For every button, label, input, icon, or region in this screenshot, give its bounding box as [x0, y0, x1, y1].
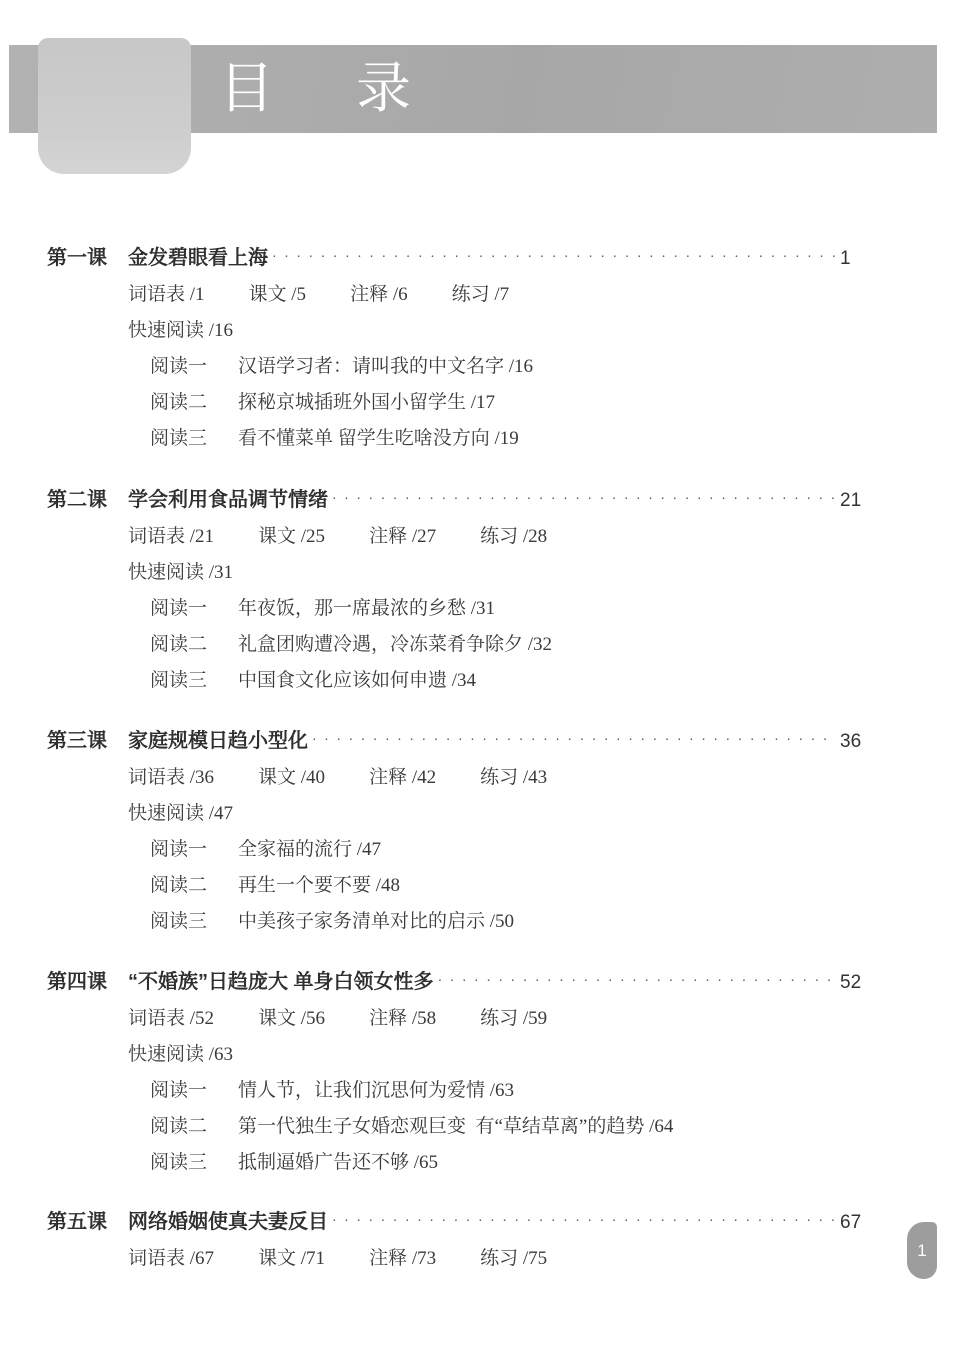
- dot-leader: [332, 1208, 836, 1235]
- lesson-number: 第一课: [47, 245, 128, 272]
- dot-leader: [332, 486, 836, 513]
- subitem-notes: 注释 /58: [369, 1005, 436, 1032]
- reading-title: 探秘京城插班外国小留学生 /17: [238, 389, 495, 416]
- reading-title: 礼盒团购遭冷遇，冷冻菜肴争除夕 /32: [238, 631, 552, 658]
- lesson-page-number: 36: [840, 728, 870, 755]
- lesson-subitems: 词语表 /52 课文 /56 注释 /58 练习 /59: [47, 1005, 870, 1032]
- reading-label: 阅读一: [150, 1077, 238, 1104]
- lesson-heading: 第一课 金发碧眼看上海 1: [47, 245, 870, 272]
- lesson-page-number: 1: [840, 245, 870, 272]
- subitem-exercises: 练习 /7: [452, 281, 510, 308]
- reading-item: 阅读一 年夜饭，那一席最浓的乡愁 /31: [47, 595, 870, 622]
- reading-label: 阅读二: [150, 631, 238, 658]
- lesson-page-number: 21: [840, 487, 870, 514]
- quick-reading: 快速阅读 /16: [47, 317, 870, 344]
- reading-item: 阅读二 再生一个要不要 /48: [47, 872, 870, 899]
- page-number: 1: [917, 1241, 926, 1261]
- reading-title: 情人节，让我们沉思何为爱情 /63: [238, 1077, 514, 1104]
- reading-title: 抵制逼婚广告还不够 /65: [238, 1149, 438, 1176]
- reading-title: 再生一个要不要 /48: [238, 872, 400, 899]
- lesson-section-5: 第五课 网络婚姻使真夫妻反目 67 词语表 /67 课文 /71 注释 /73 …: [47, 1209, 870, 1272]
- lesson-heading: 第五课 网络婚姻使真夫妻反目 67: [47, 1209, 870, 1236]
- reading-item: 阅读三 中美孩子家务清单对比的启示 /50: [47, 908, 870, 935]
- lesson-page-number: 52: [840, 969, 870, 996]
- reading-item: 阅读二 第一代独生子女婚恋观巨变 有“草结草离”的趋势 /64: [47, 1113, 870, 1140]
- reading-title: 中国食文化应该如何申遗 /34: [238, 667, 476, 694]
- subitem-exercises: 练习 /75: [480, 1245, 547, 1272]
- lesson-title: 金发碧眼看上海: [128, 245, 268, 272]
- lesson-subitems: 词语表 /67 课文 /71 注释 /73 练习 /75: [47, 1245, 870, 1272]
- reading-label: 阅读三: [150, 1149, 238, 1176]
- subitem-text: 课文 /71: [258, 1245, 325, 1272]
- reading-label: 阅读一: [150, 353, 238, 380]
- reading-title: 全家福的流行 /47: [238, 836, 381, 863]
- quick-reading: 快速阅读 /63: [47, 1041, 870, 1068]
- reading-label: 阅读三: [150, 908, 238, 935]
- dot-leader: [272, 244, 836, 271]
- lesson-section-3: 第三课 家庭规模日趋小型化 36 词语表 /36 课文 /40 注释 /42 练…: [47, 728, 870, 935]
- lesson-number: 第四课: [47, 969, 128, 996]
- subitem-wordlist: 词语表 /21: [128, 523, 214, 550]
- subitem-exercises: 练习 /28: [480, 523, 547, 550]
- reading-item: 阅读一 汉语学习者：请叫我的中文名字 /16: [47, 353, 870, 380]
- subitem-text: 课文 /25: [258, 523, 325, 550]
- subitem-text: 课文 /56: [258, 1005, 325, 1032]
- toc-title-char-2: 录: [356, 58, 411, 119]
- lesson-number: 第五课: [47, 1209, 128, 1236]
- reading-label: 阅读二: [150, 1113, 238, 1140]
- reading-label: 阅读三: [150, 425, 238, 452]
- quick-reading: 快速阅读 /31: [47, 559, 870, 586]
- reading-label: 阅读一: [150, 836, 238, 863]
- lesson-section-1: 第一课 金发碧眼看上海 1 词语表 /1 课文 /5 注释 /6 练习 /7 快…: [47, 245, 870, 452]
- lesson-heading: 第二课 学会利用食品调节情绪 21: [47, 487, 870, 514]
- lesson-heading: 第三课 家庭规模日趋小型化 36: [47, 728, 870, 755]
- subitem-wordlist: 词语表 /52: [128, 1005, 214, 1032]
- lesson-title: “不婚族”日趋庞大 单身白领女性多: [128, 969, 434, 996]
- reading-item: 阅读二 探秘京城插班外国小留学生 /17: [47, 389, 870, 416]
- reading-item: 阅读三 看不懂菜单 留学生吃啥没方向 /19: [47, 425, 870, 452]
- reading-label: 阅读二: [150, 872, 238, 899]
- lesson-subitems: 词语表 /36 课文 /40 注释 /42 练习 /43: [47, 764, 870, 791]
- lesson-section-2: 第二课 学会利用食品调节情绪 21 词语表 /21 课文 /25 注释 /27 …: [47, 487, 870, 694]
- subitem-notes: 注释 /6: [350, 281, 408, 308]
- subitem-wordlist: 词语表 /36: [128, 764, 214, 791]
- reading-item: 阅读三 中国食文化应该如何申遗 /34: [47, 667, 870, 694]
- subitem-wordlist: 词语表 /67: [128, 1245, 214, 1272]
- reading-title: 年夜饭，那一席最浓的乡愁 /31: [238, 595, 495, 622]
- toc-page: 目录 第一课 金发碧眼看上海 1 词语表 /1 课文 /5 注释 /6 练习 /…: [0, 0, 960, 1357]
- lesson-subitems: 词语表 /21 课文 /25 注释 /27 练习 /28: [47, 523, 870, 550]
- lesson-title: 学会利用食品调节情绪: [128, 487, 328, 514]
- reading-title: 中美孩子家务清单对比的启示 /50: [238, 908, 514, 935]
- toc-title-char-1: 目: [219, 58, 274, 119]
- subitem-notes: 注释 /73: [369, 1245, 436, 1272]
- lesson-subitems: 词语表 /1 课文 /5 注释 /6 练习 /7: [47, 281, 870, 308]
- subitem-notes: 注释 /27: [369, 523, 436, 550]
- lesson-section-4: 第四课 “不婚族”日趋庞大 单身白领女性多 52 词语表 /52 课文 /56 …: [47, 969, 870, 1176]
- subitem-text: 课文 /40: [258, 764, 325, 791]
- header-tab-decoration: [38, 38, 191, 174]
- subitem-text: 课文 /5: [249, 281, 307, 308]
- reading-item: 阅读二 礼盒团购遭冷遇，冷冻菜肴争除夕 /32: [47, 631, 870, 658]
- reading-item: 阅读一 全家福的流行 /47: [47, 836, 870, 863]
- subitem-exercises: 练习 /43: [480, 764, 547, 791]
- reading-label: 阅读二: [150, 389, 238, 416]
- lesson-heading: 第四课 “不婚族”日趋庞大 单身白领女性多 52: [47, 969, 870, 996]
- subitem-notes: 注释 /42: [369, 764, 436, 791]
- dot-leader: [312, 727, 836, 754]
- subitem-exercises: 练习 /59: [480, 1005, 547, 1032]
- lesson-number: 第二课: [47, 487, 128, 514]
- lesson-number: 第三课: [47, 728, 128, 755]
- subitem-wordlist: 词语表 /1: [128, 281, 205, 308]
- lesson-title: 网络婚姻使真夫妻反目: [128, 1209, 328, 1236]
- dot-leader: [438, 968, 836, 995]
- lesson-page-number: 67: [840, 1209, 870, 1236]
- lesson-title: 家庭规模日趋小型化: [128, 728, 308, 755]
- reading-title: 看不懂菜单 留学生吃啥没方向 /19: [238, 425, 519, 452]
- reading-label: 阅读三: [150, 667, 238, 694]
- reading-title: 第一代独生子女婚恋观巨变 有“草结草离”的趋势 /64: [238, 1113, 673, 1140]
- page-number-tab: 1: [907, 1222, 937, 1279]
- reading-label: 阅读一: [150, 595, 238, 622]
- reading-item: 阅读三 抵制逼婚广告还不够 /65: [47, 1149, 870, 1176]
- toc-title: 目录: [219, 58, 411, 120]
- reading-item: 阅读一 情人节，让我们沉思何为爱情 /63: [47, 1077, 870, 1104]
- quick-reading: 快速阅读 /47: [47, 800, 870, 827]
- reading-title: 汉语学习者：请叫我的中文名字 /16: [238, 353, 533, 380]
